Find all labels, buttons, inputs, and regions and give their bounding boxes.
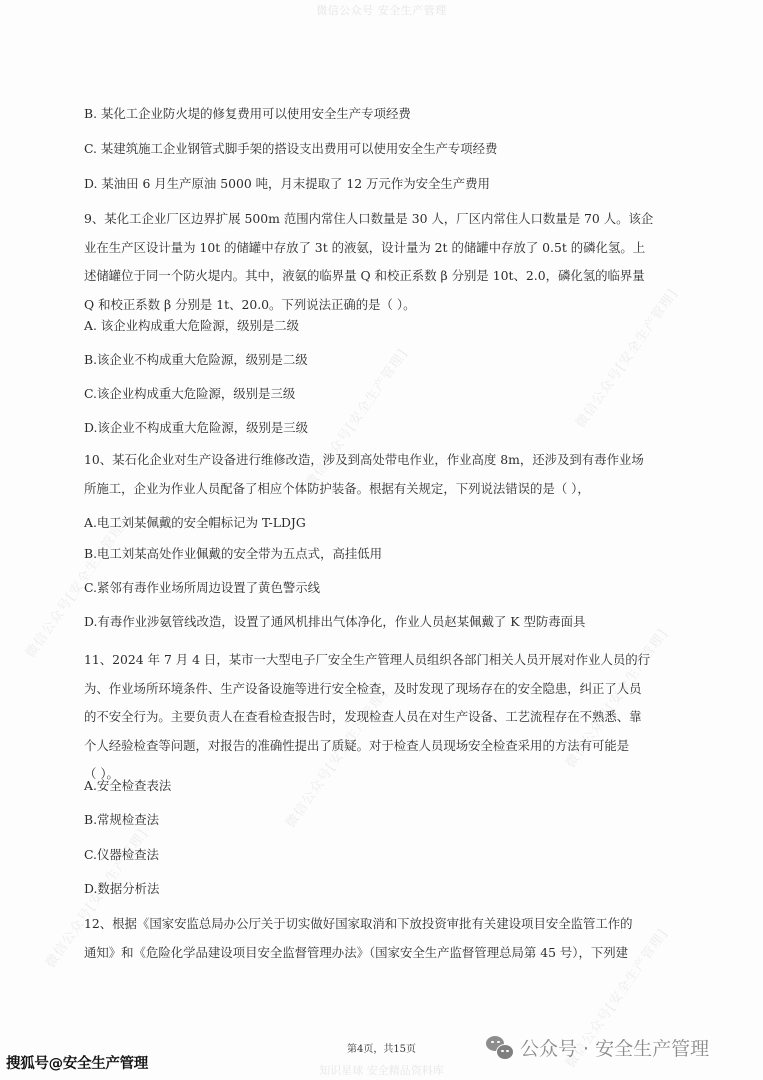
wechat-account-label: 公众号 · 安全生产管理 <box>520 1034 709 1061</box>
q11-stem-line: 11、2024 年 7 月 4 日，某市一大型电子厂安全生产管理人员组织各部门相… <box>84 646 684 675</box>
q11-stem-line: （ ）。 <box>84 760 684 789</box>
q9-option-d: D.该企业不构成重大危险源，级别是三级 <box>84 420 308 436</box>
q11-option-d: D.数据分析法 <box>84 881 159 897</box>
wechat-account-badge: 公众号 · 安全生产管理 <box>486 1034 709 1061</box>
document-page: 微信公众号 安全生产管理 微信公众号[安全生产管理] 微信公众号[安全生产管理]… <box>0 0 763 1080</box>
wechat-icon <box>486 1036 514 1060</box>
q9-stem: 9、某化工企业厂区边界扩展 500m 范围内常住人口数量是 30 人，厂区内常住… <box>84 205 684 319</box>
q10-option-a: A.电工刘某佩戴的安全帽标记为 T-LDJG <box>84 515 306 531</box>
q11-stem-line: 个人经验检查等问题，对报告的准确性提出了质疑。对于检查人员现场安全检查采用的方法… <box>84 732 684 761</box>
q8-option-b: B. 某化工企业防火堤的修复费用可以使用安全生产专项经费 <box>84 106 411 122</box>
q8-option-d: D. 某油田 6 月生产原油 5000 吨，月末提取了 12 万元作为安全生产费… <box>84 176 490 192</box>
q12-stem: 12、根据《国家安监总局办公厅关于切实做好国家取消和下放投资审批有关建设项目安全… <box>84 910 684 967</box>
q11-option-b: B.常规检查法 <box>84 812 159 828</box>
watermark-top: 微信公众号 安全生产管理 <box>0 2 763 18</box>
q9-stem-line: Q 和校正系数 β 分别是 1t、20.0。下列说法正确的是（ ）。 <box>84 291 684 320</box>
q9-option-b: B.该企业不构成重大危险源，级别是二级 <box>84 352 308 368</box>
q8-option-c: C. 某建筑施工企业钢管式脚手架的搭设支出费用可以使用安全生产专项经费 <box>84 141 497 157</box>
q9-option-c: C.该企业构成重大危险源，级别是三级 <box>84 386 295 402</box>
watermark-bottom: 知识星球 安全精品资料库 <box>0 1062 763 1078</box>
q10-option-d: D.有毒作业涉氨管线改造，设置了通风机排出气体净化，作业人员赵某佩戴了 K 型防… <box>84 614 585 630</box>
q11-stem: 11、2024 年 7 月 4 日，某市一大型电子厂安全生产管理人员组织各部门相… <box>84 646 684 789</box>
q12-stem-line: 通知》和《危险化学品建设项目安全监督管理办法》（国家安全生产监督管理总局第 45… <box>84 939 684 968</box>
q9-stem-line: 述储罐位于同一个防火堤内。其中，液氨的临界量 Q 和校正系数 β 分别是 10t… <box>84 262 684 291</box>
q10-stem-line: 10、某石化企业对生产设备进行维修改造，涉及到高处带电作业，作业高度 8m，还涉… <box>84 446 684 475</box>
q9-stem-line: 业在生产区设计量为 10t 的储罐中存放了 3t 的液氨，设计量为 2t 的储罐… <box>84 234 684 263</box>
q11-stem-line: 的不安全行为。主要负责人在查看检查报告时，发现检查人员在对生产设备、工艺流程存在… <box>84 703 684 732</box>
q10-stem: 10、某石化企业对生产设备进行维修改造，涉及到高处带电作业，作业高度 8m，还涉… <box>84 446 684 503</box>
q10-option-b: B.电工刘某高处作业佩戴的安全带为五点式，高挂低用 <box>84 546 382 562</box>
q11-option-c: C.仪器检查法 <box>84 847 159 863</box>
q9-option-a: A. 该企业构成重大危险源，级别是二级 <box>84 318 299 334</box>
q11-option-a: A.安全检查表法 <box>84 778 171 794</box>
q10-option-c: C.紧邻有毒作业场所周边设置了黄色警示线 <box>84 580 320 596</box>
q11-stem-line: 为、作业场所环境条件、生产设备设施等进行安全检查，及时发现了现场存在的安全隐患，… <box>84 675 684 704</box>
q12-stem-line: 12、根据《国家安监总局办公厅关于切实做好国家取消和下放投资审批有关建设项目安全… <box>84 910 684 939</box>
q10-stem-line: 所施工，企业为作业人员配备了相应个体防护装备。根据有关规定，下列说法错误的是（ … <box>84 475 684 504</box>
q9-stem-line: 9、某化工企业厂区边界扩展 500m 范围内常住人口数量是 30 人，厂区内常住… <box>84 205 684 234</box>
